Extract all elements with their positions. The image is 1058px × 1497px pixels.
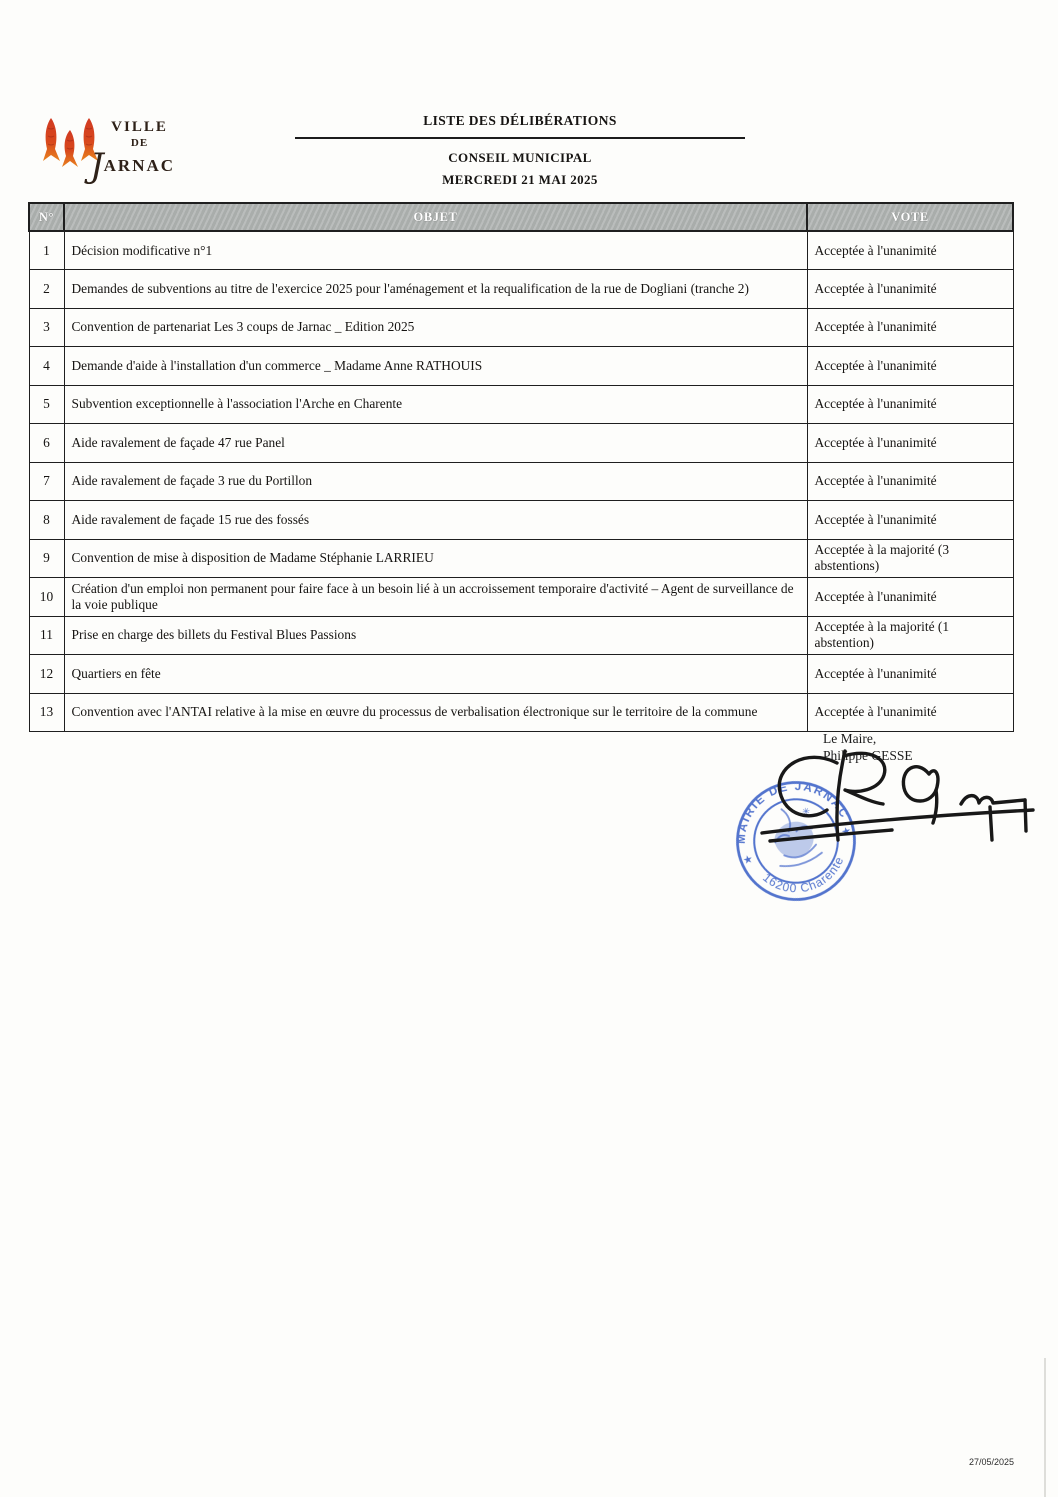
row-objet: Convention de partenariat Les 3 coups de… [64,308,807,347]
title-divider [295,137,745,139]
row-vote: Acceptée à l'unanimité [807,347,1013,386]
table-row: 5 Subvention exceptionnelle à l'associat… [29,385,1013,424]
mayor-handwritten-signature [740,747,1040,847]
document-header: LISTE DES DÉLIBÉRATIONS CONSEIL MUNICIPA… [28,113,1012,188]
row-vote: Acceptée à l'unanimité [807,655,1013,694]
table-row: 4 Demande d'aide à l'installation d'un c… [29,347,1013,386]
table-row: 3 Convention de partenariat Les 3 coups … [29,308,1013,347]
table-row: 6 Aide ravalement de façade 47 rue Panel… [29,424,1013,463]
column-header-vote: VOTE [807,203,1013,231]
row-number: 9 [29,539,64,578]
table-row: 7 Aide ravalement de façade 3 rue du Por… [29,462,1013,501]
stamp-star-left: ★ [742,853,755,867]
row-number: 8 [29,501,64,540]
row-objet: Création d'un emploi non permanent pour … [64,578,807,617]
row-objet: Demandes de subventions au titre de l'ex… [64,270,807,309]
row-vote: Acceptée à l'unanimité [807,462,1013,501]
row-objet: Quartiers en fête [64,655,807,694]
table-body: 1 Décision modificative n°1 Acceptée à l… [29,231,1013,732]
row-vote: Acceptée à la majorité (1 abstention) [807,616,1013,655]
subtitle-date: MERCREDI 21 MAI 2025 [28,172,1012,188]
row-number: 7 [29,462,64,501]
table-header-row: N° OBJET VOTE [29,203,1013,231]
row-number: 10 [29,578,64,617]
stamp-bottom-text: 16200 Charente [758,851,852,904]
table-row: 13 Convention avec l'ANTAI relative à la… [29,693,1013,732]
row-objet: Convention de mise à disposition de Mada… [64,539,807,578]
row-objet: Aide ravalement de façade 47 rue Panel [64,424,807,463]
row-vote: Acceptée à l'unanimité [807,308,1013,347]
row-objet: Subvention exceptionnelle à l'associatio… [64,385,807,424]
row-objet: Demande d'aide à l'installation d'un com… [64,347,807,386]
row-objet: Décision modificative n°1 [64,231,807,270]
row-number: 12 [29,655,64,694]
table-row: 11 Prise en charge des billets du Festiv… [29,616,1013,655]
subtitle-conseil: CONSEIL MUNICIPAL [28,150,1012,166]
table-row: 1 Décision modificative n°1 Acceptée à l… [29,231,1013,270]
signatory-role: Le Maire, [823,731,913,748]
table-row: 8 Aide ravalement de façade 15 rue des f… [29,501,1013,540]
row-vote: Acceptée à l'unanimité [807,385,1013,424]
column-header-objet: OBJET [64,203,807,231]
table-row: 9 Convention de mise à disposition de Ma… [29,539,1013,578]
row-vote: Acceptée à la majorité (3 abstentions) [807,539,1013,578]
row-vote: Acceptée à l'unanimité [807,231,1013,270]
row-number: 6 [29,424,64,463]
row-objet: Aide ravalement de façade 15 rue des fos… [64,501,807,540]
table-row: 2 Demandes de subventions au titre de l'… [29,270,1013,309]
table-row: 12 Quartiers en fête Acceptée à l'unanim… [29,655,1013,694]
row-number: 11 [29,616,64,655]
page-title: LISTE DES DÉLIBÉRATIONS [28,113,1012,129]
row-objet: Convention avec l'ANTAI relative à la mi… [64,693,807,732]
scan-edge-artifact [1044,1358,1046,1497]
deliberations-table: N° OBJET VOTE 1 Décision modificative n°… [28,202,1014,732]
scan-date: 27/05/2025 [969,1457,1014,1467]
row-vote: Acceptée à l'unanimité [807,424,1013,463]
row-number: 3 [29,308,64,347]
column-header-num: N° [29,203,64,231]
row-objet: Aide ravalement de façade 3 rue du Porti… [64,462,807,501]
row-number: 1 [29,231,64,270]
row-number: 13 [29,693,64,732]
row-vote: Acceptée à l'unanimité [807,693,1013,732]
row-number: 2 [29,270,64,309]
row-vote: Acceptée à l'unanimité [807,270,1013,309]
table-row: 10 Création d'un emploi non permanent po… [29,578,1013,617]
row-vote: Acceptée à l'unanimité [807,578,1013,617]
row-vote: Acceptée à l'unanimité [807,501,1013,540]
row-objet: Prise en charge des billets du Festival … [64,616,807,655]
row-number: 5 [29,385,64,424]
row-number: 4 [29,347,64,386]
scanned-document-page: VILLE DE JARNAC LISTE DES DÉLIBÉRATIONS … [0,0,1058,1497]
